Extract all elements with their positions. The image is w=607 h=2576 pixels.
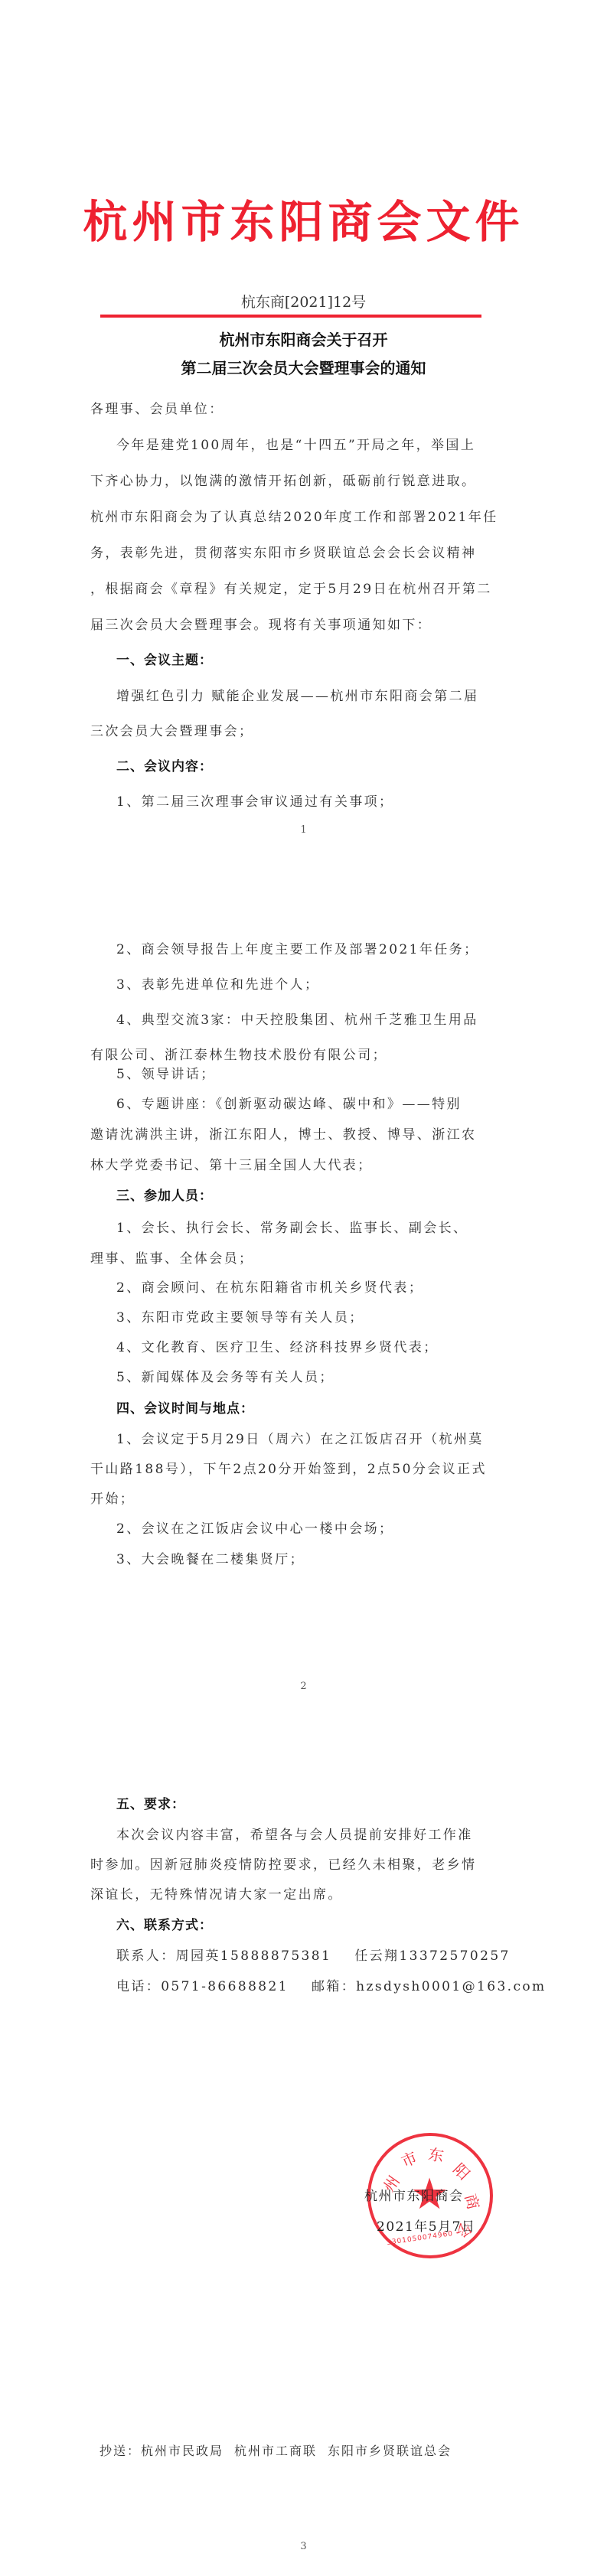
phone-label: 电话： bbox=[116, 1979, 161, 1994]
subject-line-1: 杭州市东阳商会关于召开 bbox=[0, 328, 607, 350]
intro-line: 今年是建党100周年，也是“十四五”开局之年，举国上 bbox=[116, 434, 475, 453]
attendee-item-3: 3、东阳市党政主要领导等有关人员； bbox=[116, 1306, 364, 1325]
phone-number: 0571-86688821 bbox=[161, 1979, 289, 1994]
time-place-item-2: 2、会议在之江饭店会议中心一楼中会场； bbox=[116, 1518, 393, 1537]
section-heading-time-place: 四、会议时间与地点： bbox=[116, 1397, 254, 1417]
requirements-line: 时参加。因新冠肺炎疫情防控要求，已经久未相聚，老乡情 bbox=[90, 1854, 476, 1873]
page-number-1: 1 bbox=[0, 824, 607, 836]
document-number: 杭东商[2021]12号 bbox=[0, 291, 607, 311]
section-heading-contact: 六、联系方式： bbox=[116, 1914, 213, 1933]
cc-line: 抄送：杭州市民政局杭州市工商联东阳市乡贤联谊总会 bbox=[100, 2441, 462, 2459]
section-heading-theme: 一、会议主题： bbox=[116, 649, 213, 668]
time-place-item-1-cont: 干山路188号），下午2点20分开始签到，2点50分会议正式 bbox=[90, 1458, 487, 1477]
requirements-line: 本次会议内容丰富，希望各与会人员提前安排好工作准 bbox=[116, 1824, 473, 1843]
intro-line: 届三次会员大会暨理事会。现将有关事项通知如下： bbox=[90, 614, 432, 633]
cc-recipient: 杭州市工商联 bbox=[234, 2444, 317, 2458]
salutation: 各理事、会员单位： bbox=[90, 398, 224, 417]
time-place-item-3: 3、大会晚餐在二楼集贤厅； bbox=[116, 1548, 305, 1567]
content-item-3: 3、表彰先进单位和先进个人； bbox=[116, 973, 319, 993]
intro-line: 务，表彰先进，贯彻落实东阳市乡贤联谊总会会长会议精神 bbox=[90, 542, 476, 561]
email-address: hzsdysh0001@163.com bbox=[356, 1979, 546, 1994]
attendee-item-1-cont: 理事、监事、全体会员； bbox=[90, 1247, 253, 1267]
document-title: 杭州市东阳商会文件 bbox=[0, 195, 607, 249]
signature-date: 2021年5月7日 bbox=[377, 2216, 475, 2235]
content-item-6-cont: 林大学党委书记、第十三届全国人大代表； bbox=[90, 1154, 373, 1173]
section-heading-requirements: 五、要求： bbox=[116, 1793, 185, 1812]
attendee-item-1: 1、会长、执行会长、常务副会长、监事长、副会长、 bbox=[116, 1217, 468, 1236]
page-number-2: 2 bbox=[0, 1681, 607, 1692]
content-item-6-cont: 邀请沈满洪主讲，浙江东阳人，博士、教授、博导、浙江农 bbox=[90, 1123, 476, 1143]
cc-label: 抄送： bbox=[100, 2444, 141, 2458]
section-heading-content: 二、会议内容： bbox=[116, 755, 213, 774]
content-item-6: 6、专题讲座：《创新驱动碳达峰、碳中和》——特别 bbox=[116, 1093, 462, 1112]
content-item-4-cont: 有限公司、浙江泰林生物技术股份有限公司； bbox=[90, 1044, 387, 1063]
section-heading-attendees: 三、参加人员： bbox=[116, 1185, 213, 1204]
time-place-item-1: 1、会议定于5月29日（周六）在之江饭店召开（杭州莫 bbox=[116, 1428, 484, 1447]
contact-person-2: 任云翔13372570257 bbox=[354, 1948, 511, 1964]
theme-line: 三次会员大会暨理事会； bbox=[90, 720, 253, 739]
email-label: 邮箱： bbox=[312, 1979, 356, 1994]
attendee-item-4: 4、文化教育、医疗卫生、经济科技界乡贤代表； bbox=[116, 1336, 439, 1355]
content-item-5: 5、领导讲话； bbox=[116, 1063, 216, 1082]
cc-recipient: 东阳市乡贤联谊总会 bbox=[328, 2444, 452, 2458]
contact-persons: 联系人：周园英15888875381任云翔13372570257 bbox=[116, 1945, 511, 1964]
subject-line-2: 第二届三次会员大会暨理事会的通知 bbox=[0, 356, 607, 378]
requirements-line: 深谊长，无特殊情况请大家一定出席。 bbox=[90, 1883, 343, 1903]
intro-line: 下齐心协力，以饱满的激情开拓创新，砥砺前行锐意进取。 bbox=[90, 470, 476, 489]
theme-line: 增强红色引力 赋能企业发展——杭州市东阳商会第二届 bbox=[116, 685, 478, 704]
attendee-item-5: 5、新闻媒体及会务等有关人员； bbox=[116, 1366, 335, 1385]
page-number-3: 3 bbox=[0, 2541, 607, 2552]
intro-line: ，根据商会《章程》有关规定，定于5月29日在杭州召开第二 bbox=[90, 578, 492, 597]
time-place-item-1-cont: 开始； bbox=[90, 1488, 135, 1507]
signature-org: 杭州市东阳商会 bbox=[364, 2185, 464, 2204]
contact-phone-email: 电话：0571-86688821邮箱：hzsdysh0001@163.com bbox=[116, 1975, 547, 1994]
content-item-1: 1、第二届三次理事会审议通过有关事项； bbox=[116, 791, 393, 810]
intro-line: 杭州市东阳商会为了认真总结2020年度工作和部署2021年任 bbox=[90, 506, 498, 525]
red-divider bbox=[100, 315, 481, 318]
attendee-item-2: 2、商会顾问、在杭东阳籍省市机关乡贤代表； bbox=[116, 1277, 423, 1296]
content-item-4: 4、典型交流3家：中天控股集团、杭州千芝雅卫生用品 bbox=[116, 1009, 478, 1028]
contact-person-1: 周园英15888875381 bbox=[176, 1948, 332, 1964]
content-item-2: 2、商会领导报告上年度主要工作及部署2021年任务； bbox=[116, 938, 478, 957]
contact-label: 联系人： bbox=[116, 1948, 176, 1964]
cc-recipient: 杭州市民政局 bbox=[141, 2444, 224, 2458]
